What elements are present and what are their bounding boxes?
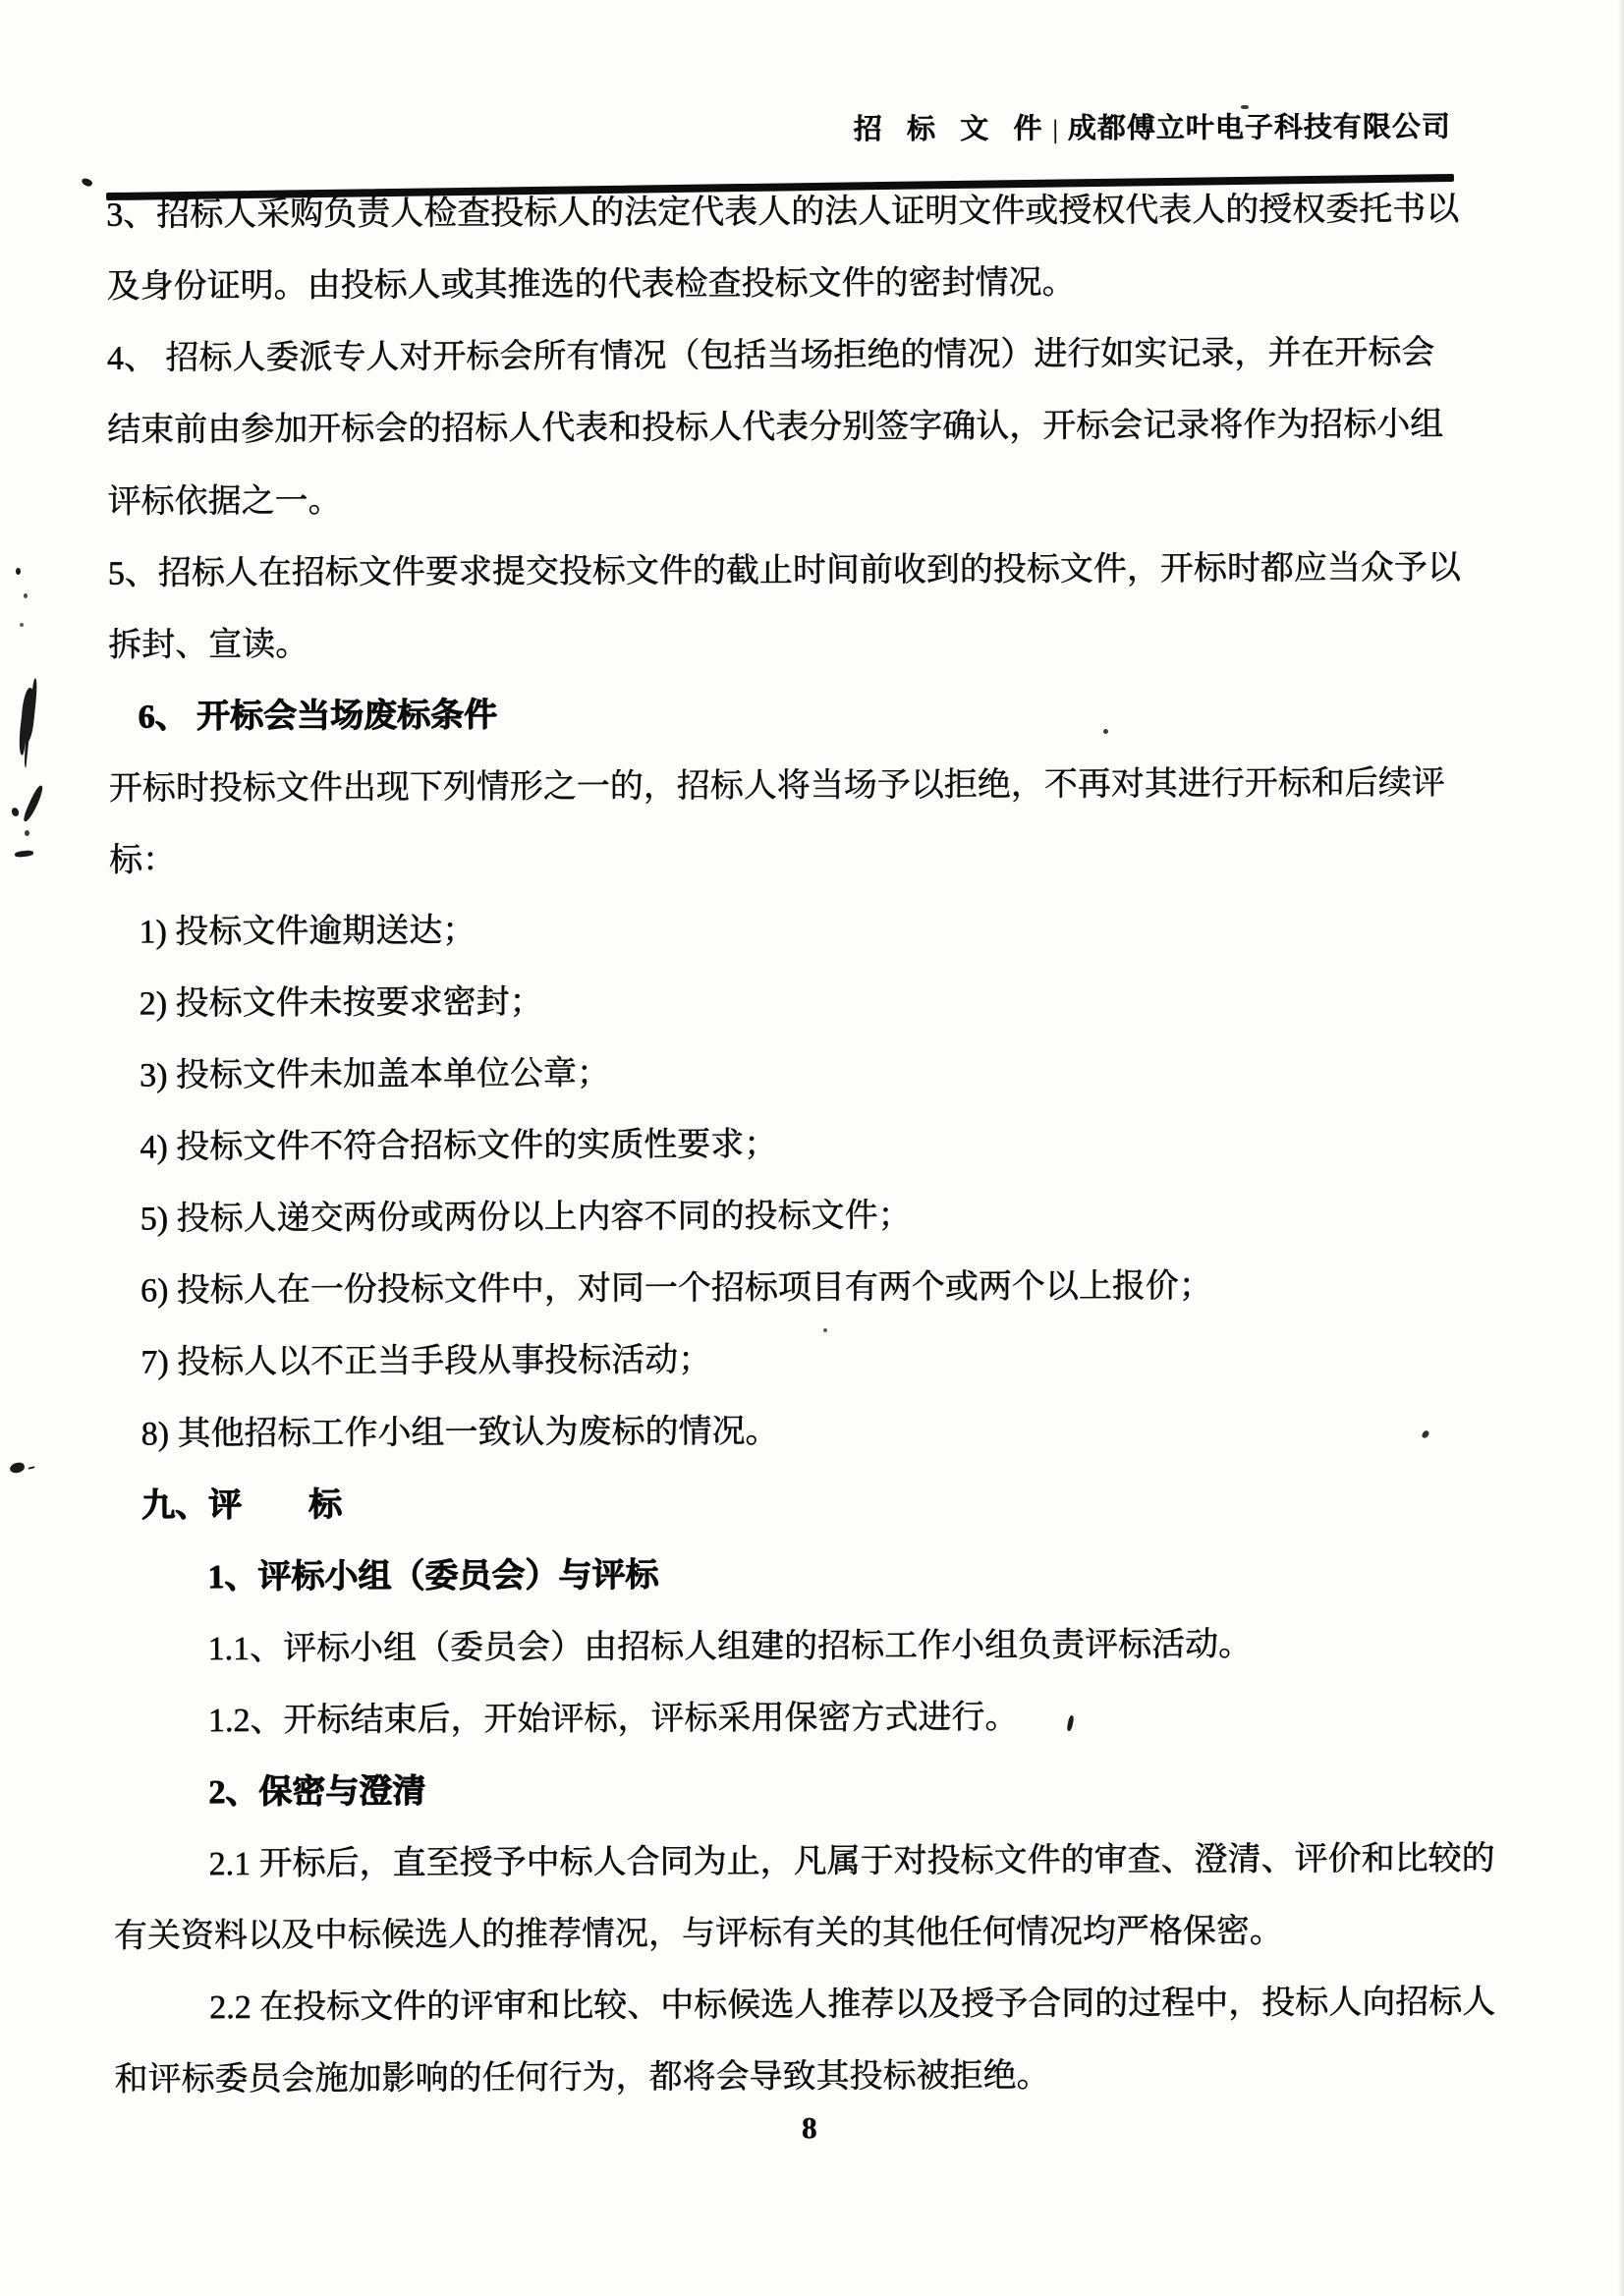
document-body: 3、招标人采购负责人检查投标人的法定代表人的法人证明文件或授权代表人的授权委托书… [0,173,1624,2116]
body-line: 1) 投标文件逾期送达； [3,890,1624,969]
header-separator: | [1050,114,1068,143]
body-line: 1.1、评标小组（委员会）由招标人组建的招标工作小组负责评标活动。 [6,1607,1624,1686]
body-line: 3、招标人采购负责人检查投标人的法定代表人的法人证明文件或授权代表人的授权委托书… [0,173,1624,252]
body-line: 开标时投标文件出现下列情形之一的，招标人将当场予以拒绝，不再对其进行开标和后续评 [3,747,1624,825]
body-line: 九、评 标 [6,1464,1624,1542]
scanned-content: 招 标 文 件|成都傅立叶电子科技有限公司 3、招标人采购负责人检查投标人的法定… [0,0,1624,2296]
doc-type-label: 招 标 文 件 [854,113,1051,145]
body-line: 5、招标人在招标文件要求提交投标文件的截止时间前收到的投标文件，开标时都应当众予… [2,532,1624,610]
body-line: 6) 投标人在一份投标文件中，对同一个招标项目有两个或两个以上报价； [5,1249,1624,1327]
body-line: 1、评标小组（委员会）与评标 [6,1536,1624,1614]
body-line: 2.2 在投标文件的评审和比较、中标候选人推荐以及授予合同的过程中，投标人向招标… [8,1966,1624,2044]
page: 招 标 文 件|成都傅立叶电子科技有限公司 3、招标人采购负责人检查投标人的法定… [0,0,1624,2296]
body-line: 拆封、宣读。 [2,603,1624,682]
body-line: 2) 投标文件未按要求密封； [3,962,1624,1040]
body-line: 2.1 开标后，直至授予中标人合同为止，凡属于对投标文件的审查、澄清、评价和比较… [7,1822,1624,1901]
company-name: 成都傅立叶电子科技有限公司 [1068,112,1451,145]
body-line: 3) 投标文件未加盖本单位公章； [4,1034,1624,1112]
body-line: 6、 开标会当场废标条件 [2,675,1624,754]
body-line: 1.2、开标结束后，开始评标，评标采用保密方式进行。 [7,1679,1624,1758]
body-line: 4) 投标文件不符合招标文件的实质性要求； [4,1105,1624,1184]
body-line: 及身份证明。由投标人或其推选的代表检查投标文件的密封情况。 [0,245,1624,323]
body-line: 5) 投标人递交两份或两份以上内容不同的投标文件； [4,1177,1624,1256]
body-line: 7) 投标人以不正当手段从事投标活动； [5,1320,1624,1399]
body-line: 4、 招标人委派专人对开标会所有情况（包括当场拒绝的情况）进行如实记录，并在开标… [1,316,1624,395]
body-line: 和评标委员会施加影响的任何行为，都将会导致其投标被拒绝。 [8,2038,1624,2116]
page-header: 招 标 文 件|成都傅立叶电子科技有限公司 [853,108,1450,150]
body-line: 有关资料以及中标候选人的推荐情况，与评标有关的其他任何情况均严格保密。 [8,1894,1624,1973]
body-line: 8) 其他招标工作小组一致认为废标的情况。 [5,1392,1624,1471]
body-line: 评标依据之一。 [1,460,1624,538]
page-number: 8 [9,2107,1610,2150]
body-line: 标： [3,818,1624,897]
body-line: 结束前由参加开标会的招标人代表和投标人代表分别签字确认，开标会记录将作为招标小组 [1,388,1624,467]
body-line: 2、保密与澄清 [7,1751,1624,1829]
